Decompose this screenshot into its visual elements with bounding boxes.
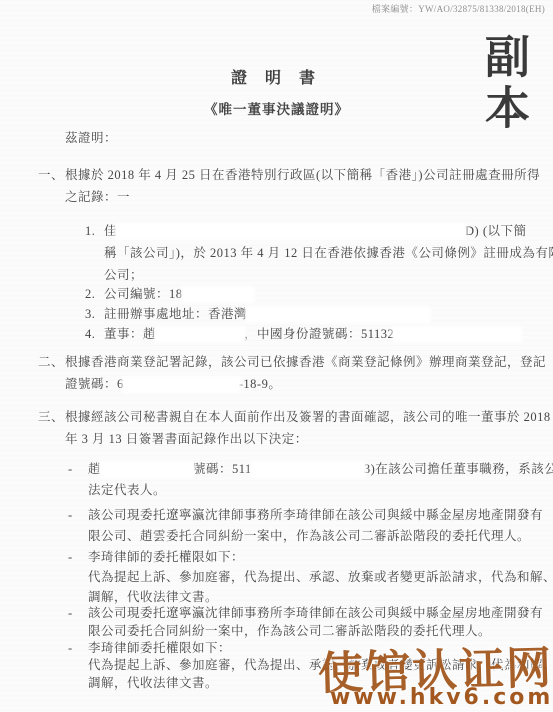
document-title: 證 明 書 — [0, 72, 553, 87]
item-3: 3.註冊辦事處地址：香港灣 — [85, 307, 429, 322]
bullet-4-text: 該公司現委托遼寧瀛沈律師事務所李琦律師在該公司與綏中縣金屋房地產開發有 — [88, 606, 543, 620]
bullet-3-line-2: 代為提起上訴、參加庭審，代為提出、承認、放棄或者變更訴訟請求，代為和解、 — [88, 570, 553, 585]
bullet-2-text: 該公司現委托遼寧瀛沈律師事務所李琦律師在該公司與綏中縣金屋房地產開發有 — [88, 508, 543, 522]
document-subtitle: 《唯一董事決議證明》 — [0, 103, 553, 118]
item-1-line-1: 1.佳D) (以下簡 — [85, 224, 527, 239]
item-4-text-a: 董事：趙 — [104, 327, 156, 341]
section-1-marker: 一、 — [38, 168, 65, 182]
bullet-3-line-3: 調解，代收法律文書。 — [88, 590, 218, 605]
section-2-text-b: -18-9。 — [239, 377, 282, 391]
section-2-line-2: 證號碼：6-18-9。 — [65, 377, 281, 392]
section-2-line-1: 二、根據香港商業登記署記錄，該公司已依據香港《商業登記條例》辦理商業登記，登記 — [38, 355, 546, 370]
redaction-box — [117, 225, 465, 238]
bullet-1-text-c: 3)在該公司擔任董事職務，系該公司的 — [364, 462, 553, 476]
section-2-text-a: 證號碼：6 — [65, 377, 124, 391]
item-4-number: 4. — [85, 327, 104, 341]
section-3-line-1: 三、根據經該公司秘書親自在本人面前作出及簽署的書面確認，該公司的唯一董事於 20… — [38, 410, 551, 425]
redaction-box — [394, 328, 520, 341]
item-4-text-b: ，中國身份證號碼：51132 — [244, 327, 394, 341]
redaction-box — [183, 288, 253, 301]
bullet-dash: - — [68, 641, 88, 655]
item-4: 4.董事：趙，中國身份證號碼：51132 — [85, 327, 520, 342]
preamble: 茲證明： — [65, 131, 117, 146]
watermark-url: www.hkv6.com — [330, 685, 553, 710]
section-3-marker: 三、 — [38, 410, 65, 424]
item-2-number: 2. — [85, 287, 104, 301]
bullet-5-text: 李琦律師委托權限如下： — [88, 641, 231, 655]
section-3-line-2: 年 3 月 13 日簽署書面記錄作出以下決定： — [65, 432, 308, 447]
bullet-5-line-3: 調解，代收法律文書。 — [88, 676, 218, 691]
document-page: 檔案編號：YW/AO/32875/81338/2018(EH) 副本 證 明 書… — [0, 0, 553, 712]
file-reference: 檔案編號：YW/AO/32875/81338/2018(EH) — [372, 2, 545, 17]
bullet-dash: - — [68, 508, 88, 522]
section-2-text: 根據香港商業登記署記錄，該公司已依據香港《商業登記條例》辦理商業登記，登記 — [65, 355, 546, 369]
bullet-1-text-b: 號碼：511 — [193, 462, 252, 476]
bullet-3-text: 李琦律師的委托權限如下： — [88, 550, 244, 564]
redaction-box — [252, 463, 364, 476]
bullet-dash: - — [68, 462, 88, 476]
section-1-text: 根據於 2018 年 4 月 25 日在香港特別行政區(以下簡稱「香港」)公司註… — [65, 168, 540, 182]
bullet-2-line-2: 限公司、趙雲委托合同糾紛一案中，作為該公司二審訴訟階段的委托代理人。 — [88, 529, 530, 544]
section-2-marker: 二、 — [38, 355, 65, 369]
bullet-dash: - — [68, 550, 88, 564]
bullet-4-line-1: -該公司現委托遼寧瀛沈律師事務所李琦律師在該公司與綏中縣金屋房地產開發有 — [68, 606, 543, 621]
bullet-2-line-1: -該公司現委托遼寧瀛沈律師事務所李琦律師在該公司與綏中縣金屋房地產開發有 — [68, 508, 543, 523]
item-1-number: 1. — [85, 224, 104, 238]
bullet-1-text-a: 趙 — [88, 462, 101, 476]
item-1-line-2: 稱「該公司」)，於 2013 年 4 月 12 日在香港依據香港《公司條例》註冊… — [104, 246, 553, 261]
item-1-text-b: D) (以下簡 — [465, 224, 526, 238]
item-1-text-a: 佳 — [104, 224, 117, 238]
bullet-3-line-1: -李琦律師的委托權限如下： — [68, 550, 244, 565]
bullet-1-line-1: -趙號碼：5113)在該公司擔任董事職務，系該公司的 — [68, 462, 553, 477]
section-1-line-2: 之記錄：一 — [65, 190, 130, 205]
redaction-box — [101, 463, 193, 476]
section-3-text: 根據經該公司秘書親自在本人面前作出及簽署的書面確認，該公司的唯一董事於 2018 — [65, 410, 551, 424]
redaction-box — [156, 328, 244, 341]
item-3-text: 註冊辦事處地址：香港灣 — [104, 307, 247, 321]
section-1-line-1: 一、根據於 2018 年 4 月 25 日在香港特別行政區(以下簡稱「香港」)公… — [38, 168, 540, 183]
bullet-dash: - — [68, 606, 88, 620]
item-2: 2.公司編號：18 — [85, 287, 253, 302]
redaction-box — [247, 308, 429, 321]
redaction-box — [124, 378, 239, 391]
item-3-number: 3. — [85, 307, 104, 321]
bullet-1-line-2: 法定代表人。 — [88, 483, 166, 498]
item-1-line-3: 公司； — [104, 268, 143, 283]
item-2-text: 公司編號：18 — [104, 287, 183, 301]
bullet-5-line-1: -李琦律師委托權限如下： — [68, 641, 231, 656]
